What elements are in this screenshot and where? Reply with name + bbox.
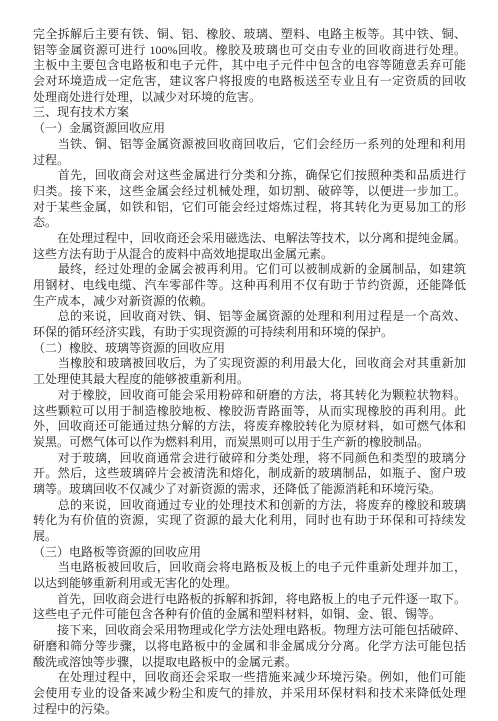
doc-line: 过程中的污染。 [33, 702, 466, 718]
doc-line: 外，回收商还可能通过热分解的方法，将废弃橡胶转化为原材料，如可燃气体和 [33, 419, 466, 435]
doc-line: 接下来，回收商会采用物理或化学方法处理电路板。物理方法可能包括破碎、 [33, 623, 466, 639]
doc-line: 对于玻璃，回收商通常会进行破碎和分类处理，将不同颜色和类型的玻璃分 [33, 451, 466, 467]
doc-line: 过程。 [33, 153, 466, 169]
doc-line: 会对环境造成一定危害，建议客户将报废的电路板送至专业且有一定资质的回收 [33, 74, 466, 90]
doc-line: 在处理过程中，回收商还会采取一些措施来减少环境污染。例如，他们可能 [33, 670, 466, 686]
doc-line: 转化为有价值的资源，实现了资源的最大化利用，同时也有助于环保和可持续发 [33, 513, 466, 529]
doc-line: 态。 [33, 215, 466, 231]
doc-line: 酸洗或溶蚀等步骤，以提取电路板中的金属元素。 [33, 655, 466, 671]
doc-line: 开。然后，这些玻璃碎片会被清洗和熔化，制成新的玻璃制品，如瓶子、窗户玻 [33, 466, 466, 482]
doc-line: 在处理过程中，回收商还会采用磁选法、电解法等技术，以分离和提纯金属。 [33, 231, 466, 247]
doc-line: 当铁、铜、铝等金属资源被回收商回收后，它们会经历一系列的处理和利用 [33, 137, 466, 153]
doc-line: 炭黑。可燃气体可以作为燃料利用，而炭黑则可以用于生产新的橡胶制品。 [33, 435, 466, 451]
doc-heading-sub-2: （二）橡胶、玻璃等资源的回收应用 [33, 341, 466, 357]
doc-line: 这些电子元件可能包含各种有价值的金属和塑料材料，如铜、金、银、锡等。 [33, 607, 466, 623]
doc-line: 归类。接下来，这些金属会经过机械处理，如切割、破碎等，以便进一步加工。 [33, 184, 466, 200]
doc-line: 主板中主要包含电路板和电子元件，其中电子元件中包含的电容等随意丢弃可能 [33, 58, 466, 74]
doc-line: 这些方法有助于从混合的废料中高效地提取出金属元素。 [33, 247, 466, 263]
doc-line: 用钢材、电线电缆、汽车零部件等。这种再利用不仅有助于节约资源，还能降低 [33, 278, 466, 294]
doc-line: 这些颗粒可以用于制造橡胶地板、橡胶沥青路面等，从而实现橡胶的再利用。此 [33, 404, 466, 420]
doc-line: 以达到能够重新利用或无害化的处理。 [33, 576, 466, 592]
doc-line: 当电路板被回收后，回收商会将电路板及板上的电子元件重新处理并加工， [33, 560, 466, 576]
doc-line: 对于某些金属，如铁和铝，它们可能会经过熔炼过程，将其转化为更易加工的形 [33, 200, 466, 216]
doc-line: 铝等金属资源可进行 100%回收。橡胶及玻璃也可交由专业的回收商进行处理。 [33, 43, 466, 59]
doc-line: 首先，回收商会进行电路板的拆解和拆卸，将电路板上的电子元件逐一取下。 [33, 592, 466, 608]
doc-line: 当橡胶和玻璃被回收后，为了实现资源的利用最大化，回收商会对其重新加 [33, 356, 466, 372]
doc-line: 展。 [33, 529, 466, 545]
doc-line: 总的来说，回收商对铁、铜、铝等金属资源的处理和利用过程是一个高效、 [33, 309, 466, 325]
doc-line: 生产成本，减少对新资源的依赖。 [33, 294, 466, 310]
doc-line: 环保的循环经济实践，有助于实现资源的可持续利用和环境的保护。 [33, 325, 466, 341]
doc-line: 对于橡胶，回收商可能会采用粉碎和研磨的方法，将其转化为颗粒状物料。 [33, 388, 466, 404]
doc-line: 处理商处进行处理，以减少对环境的危害。 [33, 90, 466, 106]
doc-line: 首先，回收商会对这些金属进行分类和分拣，确保它们按照种类和品质进行 [33, 168, 466, 184]
doc-heading-sub-3: （三）电路板等资源的回收应用 [33, 545, 466, 561]
doc-line: 璃等。玻璃回收不仅减少了对新资源的需求，还降低了能源消耗和环境污染。 [33, 482, 466, 498]
doc-heading-sub-1: （一）金属资源回收应用 [33, 121, 466, 137]
doc-line: 完全拆解后主要有铁、铜、铝、橡胶、玻璃、塑料、电路主板等。其中铁、铜、 [33, 27, 466, 43]
doc-line: 总的来说，回收商通过专业的处理技术和创新的方法，将废弃的橡胶和玻璃 [33, 498, 466, 514]
doc-heading-section: 三、现有技术方案 [33, 105, 466, 121]
document-page: 完全拆解后主要有铁、铜、铝、橡胶、玻璃、塑料、电路主板等。其中铁、铜、 铝等金属… [0, 0, 498, 721]
doc-line: 工处理使其最大程度的能够被重新利用。 [33, 372, 466, 388]
doc-line: 研磨和筛分等步骤，以将电路板中的金属和非金属成分分离。化学方法可能包括 [33, 639, 466, 655]
doc-line: 最终，经过处理的金属会被再利用。它们可以被制成新的金属制品，如建筑 [33, 262, 466, 278]
doc-line: 会使用专业的设备来减少粉尘和废气的排放，并采用环保材料和技术来降低处理 [33, 686, 466, 702]
